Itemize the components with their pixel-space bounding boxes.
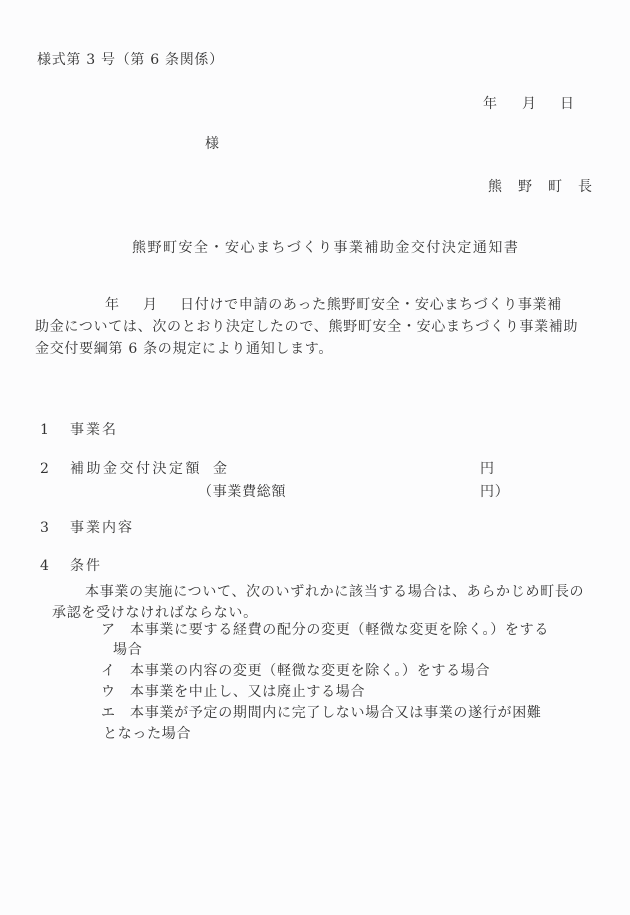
condition-e-text: 本事業が予定の期間内に完了しない場合又は事業の遂行が困難 xyxy=(130,705,542,723)
body-line-1: 年 月 日付けで申請のあった熊野町安全・安心まちづくり事業補 xyxy=(0,297,630,317)
item-2-row: 2 補助金交付決定額 金 円 xyxy=(0,461,630,481)
total-cost-label: （事業費総額 xyxy=(198,484,286,502)
date-day-label: 日 xyxy=(560,96,575,114)
item-4-number: 4 xyxy=(40,558,50,576)
item-4-label: 条件 xyxy=(70,558,102,576)
body-month-label: 月 xyxy=(143,297,158,315)
body-line-3: 金交付要綱第 6 条の規定により通知します。 xyxy=(35,341,333,359)
conditions-intro-line-2: 承認を受けなければならない。 xyxy=(52,605,258,623)
body-line-2: 助金については、次のとおり決定したので、熊野町安全・安心まちづくり事業補助 xyxy=(35,319,578,337)
condition-u-row: ウ 本事業を中止し、又は廃止する場合 xyxy=(0,684,630,704)
condition-i-marker: イ xyxy=(101,663,116,681)
total-cost-unit: 円） xyxy=(480,484,509,502)
condition-a-marker: ア xyxy=(101,622,116,640)
document-page: 様式第 3 号（第 6 条関係） 年 月 日 様 熊 野 町 長 熊野町安全・安… xyxy=(0,0,630,915)
conditions-intro-line-1: 本事業の実施について、次のいずれかに該当する場合は、あらかじめ町長の xyxy=(85,584,584,602)
condition-a-text: 本事業に要する経費の配分の変更（軽微な変更を除く。）をする xyxy=(130,622,549,640)
date-month-label: 月 xyxy=(522,96,537,114)
condition-u-text: 本事業を中止し、又は廃止する場合 xyxy=(130,684,365,702)
condition-e-text-cont: となった場合 xyxy=(103,726,191,744)
item-3-number: 3 xyxy=(40,520,50,538)
condition-i-text: 本事業の内容の変更（軽微な変更を除く。）をする場合 xyxy=(130,663,490,681)
date-year-label: 年 xyxy=(483,96,498,114)
item-2-total-row: （事業費総額 円） xyxy=(0,484,630,504)
item-1-number: 1 xyxy=(40,422,50,440)
addressee-suffix: 様 xyxy=(205,136,220,154)
item-3-label: 事業内容 xyxy=(70,520,134,538)
condition-e-marker: エ xyxy=(101,705,116,723)
sender-title: 熊 野 町 長 xyxy=(488,179,593,197)
date-line: 年 月 日 xyxy=(0,96,630,116)
body-line-1-text: 日付けで申請のあった熊野町安全・安心まちづくり事業補 xyxy=(180,297,562,315)
condition-a-text-cont: 場合 xyxy=(113,642,142,660)
body-year-label: 年 xyxy=(105,297,120,315)
form-number: 様式第 3 号（第 6 条関係） xyxy=(37,52,224,70)
item-2-label: 補助金交付決定額 xyxy=(70,461,202,479)
item-2-number: 2 xyxy=(40,461,50,479)
item-4-row: 4 条件 xyxy=(0,558,630,578)
item-1-row: 1 事業名 xyxy=(0,422,630,442)
condition-a-row: ア 本事業に要する経費の配分の変更（軽微な変更を除く。）をする xyxy=(0,622,630,642)
condition-i-row: イ 本事業の内容の変更（軽微な変更を除く。）をする場合 xyxy=(0,663,630,683)
amount-prefix: 金 xyxy=(213,461,228,479)
condition-e-row: エ 本事業が予定の期間内に完了しない場合又は事業の遂行が困難 xyxy=(0,705,630,725)
item-1-label: 事業名 xyxy=(70,422,118,440)
condition-u-marker: ウ xyxy=(101,684,116,702)
document-title: 熊野町安全・安心まちづくり事業補助金交付決定通知書 xyxy=(132,240,519,258)
item-3-row: 3 事業内容 xyxy=(0,520,630,540)
amount-unit: 円 xyxy=(480,461,495,479)
